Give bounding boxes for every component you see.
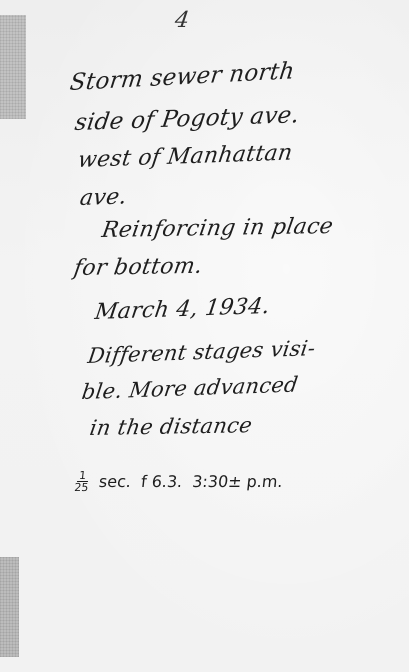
caption-line: ave. <box>78 184 128 211</box>
shutter-denominator: 25 <box>74 482 89 493</box>
caption-line: in the distance <box>88 413 254 440</box>
shutter-suffix: sec. <box>98 472 132 491</box>
mounting-tab-bottom <box>0 557 19 657</box>
scanned-note-paper <box>0 0 409 672</box>
aperture: f 6.3. <box>140 472 183 491</box>
mounting-tab-top <box>0 15 26 119</box>
exposure-info: 1 25 sec. f 6.3. 3:30± p.m. <box>74 470 284 493</box>
shutter-speed-fraction: 1 25 <box>74 470 90 493</box>
caption-line: Reinforcing in place <box>100 214 335 243</box>
caption-line: for bottom. <box>72 254 204 281</box>
time-of-day: 3:30± p.m. <box>191 472 283 491</box>
